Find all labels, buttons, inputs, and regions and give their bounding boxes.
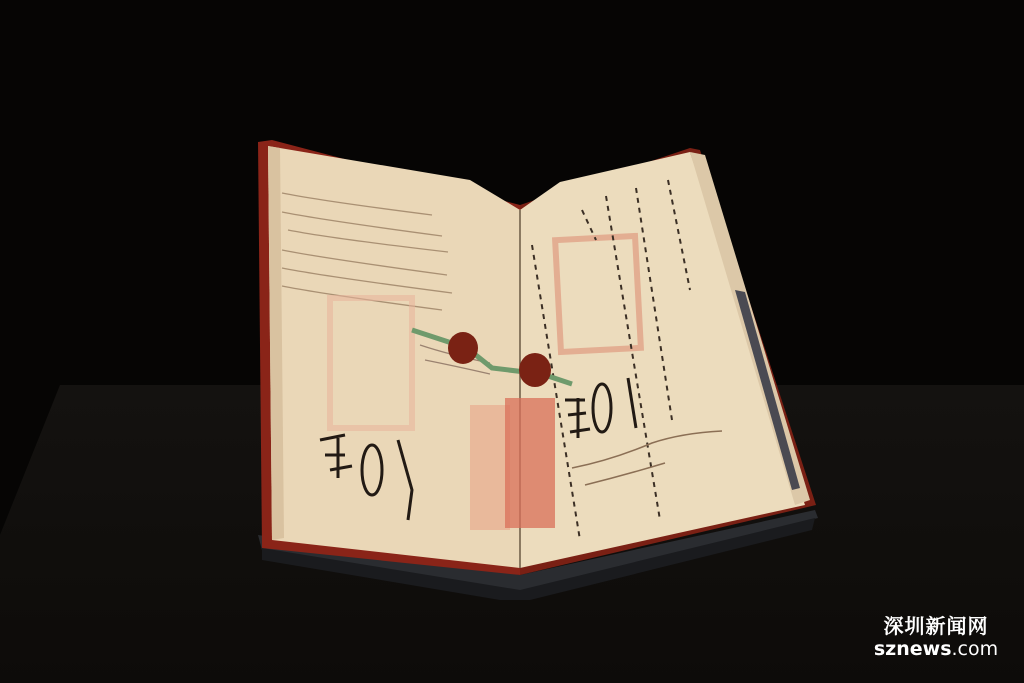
watermark-domain-main: sznews [874, 638, 952, 660]
watermark-chinese: 深圳新闻网 [866, 614, 1006, 638]
red-seal-stamp [470, 405, 510, 530]
watermark-domain-tld: .com [952, 638, 999, 660]
sznews-watermark: 深圳新闻网 sznews.com [866, 614, 1006, 660]
red-seal-stamp [505, 398, 555, 528]
wax-seal [448, 332, 478, 364]
watermark-domain: sznews.com [866, 638, 1006, 660]
treaty-book [0, 0, 1024, 683]
wax-seal [519, 353, 551, 387]
